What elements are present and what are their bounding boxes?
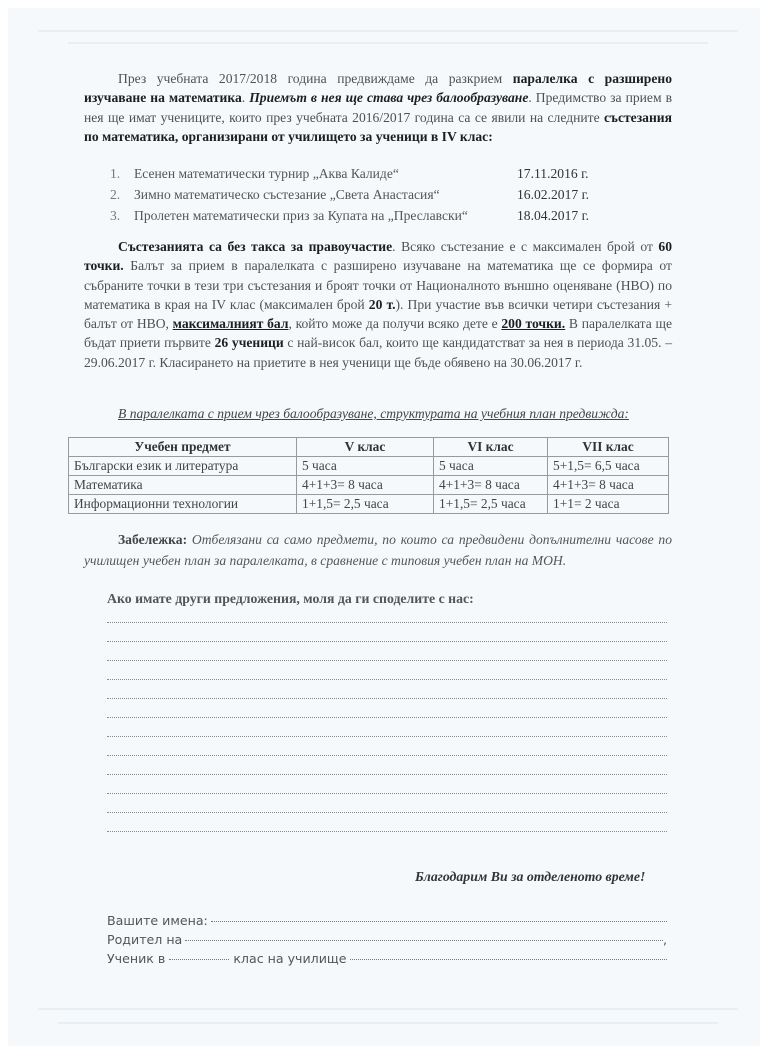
text: , който може да получи всяко дете е (288, 316, 501, 331)
curriculum-table: Учебен предмет V клас VI клас VII клас Б… (68, 437, 669, 514)
table-cell: 5 часа (434, 457, 548, 476)
parent-field[interactable]: Родител на , (107, 930, 667, 949)
suggestion-input-line[interactable] (107, 812, 667, 813)
bold-text: 20 т. (369, 297, 396, 312)
competition-date: 18.04.2017 г. (517, 205, 589, 226)
text: През учебната 2017/2018 година предвижда… (118, 71, 513, 86)
parent-suffix: , (663, 930, 667, 949)
table-cell: 1+1,5= 2,5 часа (434, 495, 548, 514)
competitions-list: 1.Есенен математически турнир „Аква Кали… (110, 163, 670, 226)
item-number: 2. (110, 184, 120, 205)
competition-date: 16.02.2017 г. (517, 184, 589, 205)
class-label: клас на училище (233, 949, 346, 968)
suggestion-input-line[interactable] (107, 660, 667, 661)
name-field[interactable]: Вашите имена: (107, 911, 667, 930)
scan-bleed (68, 42, 708, 44)
scan-bleed (38, 1008, 738, 1010)
competition-title: Пролетен математически приз за Купата на… (134, 205, 468, 226)
suggestion-input-line[interactable] (107, 717, 667, 718)
column-header: Учебен предмет (69, 438, 297, 457)
suggestion-input-line[interactable] (107, 622, 667, 623)
student-label: Ученик в (107, 949, 165, 968)
parent-label: Родител на (107, 930, 182, 949)
list-item: 1.Есенен математически турнир „Аква Кали… (110, 163, 670, 184)
class-input-line[interactable] (169, 959, 229, 960)
name-input-line[interactable] (211, 921, 667, 922)
table-row: Математика4+1+3= 8 часа4+1+3= 8 часа4+1+… (69, 476, 669, 495)
suggestion-input-line[interactable] (107, 755, 667, 756)
bold-text: Състезанията са без такса за правоучасти… (118, 239, 392, 254)
table-row: Информационни технологии1+1,5= 2,5 часа1… (69, 495, 669, 514)
column-header: VII клас (548, 438, 669, 457)
item-number: 1. (110, 163, 120, 184)
column-header: VI клас (434, 438, 548, 457)
suggestion-input-line[interactable] (107, 736, 667, 737)
table-cell: 4+1+3= 8 часа (297, 476, 434, 495)
suggestion-input-line[interactable] (107, 793, 667, 794)
intro-paragraph: През учебната 2017/2018 година предвижда… (84, 69, 672, 146)
table-cell: 4+1+3= 8 часа (434, 476, 548, 495)
thanks-message: Благодарим Ви за отделеното време! (415, 869, 645, 885)
competition-title: Есенен математически турнир „Аква Калиде… (134, 163, 399, 184)
table-cell: 5+1,5= 6,5 часа (548, 457, 669, 476)
column-header: V клас (297, 438, 434, 457)
student-field[interactable]: Ученик в клас на училище (107, 949, 667, 968)
bold-text: 26 ученици (215, 335, 284, 350)
rules-paragraph: Състезанията са без такса за правоучасти… (84, 237, 672, 372)
note: Забележка: Отбелязани са само предмети, … (84, 529, 672, 571)
suggestion-input-line[interactable] (107, 679, 667, 680)
suggestion-input-line[interactable] (107, 774, 667, 775)
underlined-bold-text: максималният бал (173, 316, 289, 331)
scan-bleed (38, 30, 738, 32)
table-cell: Български език и литература (69, 457, 297, 476)
suggestion-input-line[interactable] (107, 698, 667, 699)
suggestion-input-line[interactable] (107, 831, 667, 832)
competition-title: Зимно математическо състезание „Света Ан… (134, 184, 440, 205)
school-input-line[interactable] (350, 959, 667, 960)
suggestions-title: Ако имате други предложения, моля да ги … (107, 591, 474, 607)
scan-bleed (58, 1022, 718, 1024)
table-cell: 1+1= 2 часа (548, 495, 669, 514)
underlined-bold-text: 200 точки. (501, 316, 565, 331)
table-cell: Информационни технологии (69, 495, 297, 514)
table-header-row: Учебен предмет V клас VI клас VII клас (69, 438, 669, 457)
plan-intro: В паралелката с прием чрез балообразуван… (118, 406, 629, 422)
item-number: 3. (110, 205, 120, 226)
name-label: Вашите имена: (107, 911, 208, 930)
table-cell: 4+1+3= 8 часа (548, 476, 669, 495)
table-cell: Математика (69, 476, 297, 495)
note-label: Забележка: (118, 532, 187, 547)
list-item: 3.Пролетен математически приз за Купата … (110, 205, 670, 226)
bold-italic-text: Приемът в нея ще става чрез балообразува… (249, 90, 528, 105)
list-item: 2.Зимно математическо състезание „Света … (110, 184, 670, 205)
suggestion-input-line[interactable] (107, 641, 667, 642)
table-row: Български език и литература5 часа5 часа5… (69, 457, 669, 476)
text: . Всяко състезание е с максимален брой о… (392, 239, 658, 254)
table-cell: 5 часа (297, 457, 434, 476)
competition-date: 17.11.2016 г. (517, 163, 589, 184)
table-cell: 1+1,5= 2,5 часа (297, 495, 434, 514)
parent-input-line[interactable] (185, 940, 663, 941)
